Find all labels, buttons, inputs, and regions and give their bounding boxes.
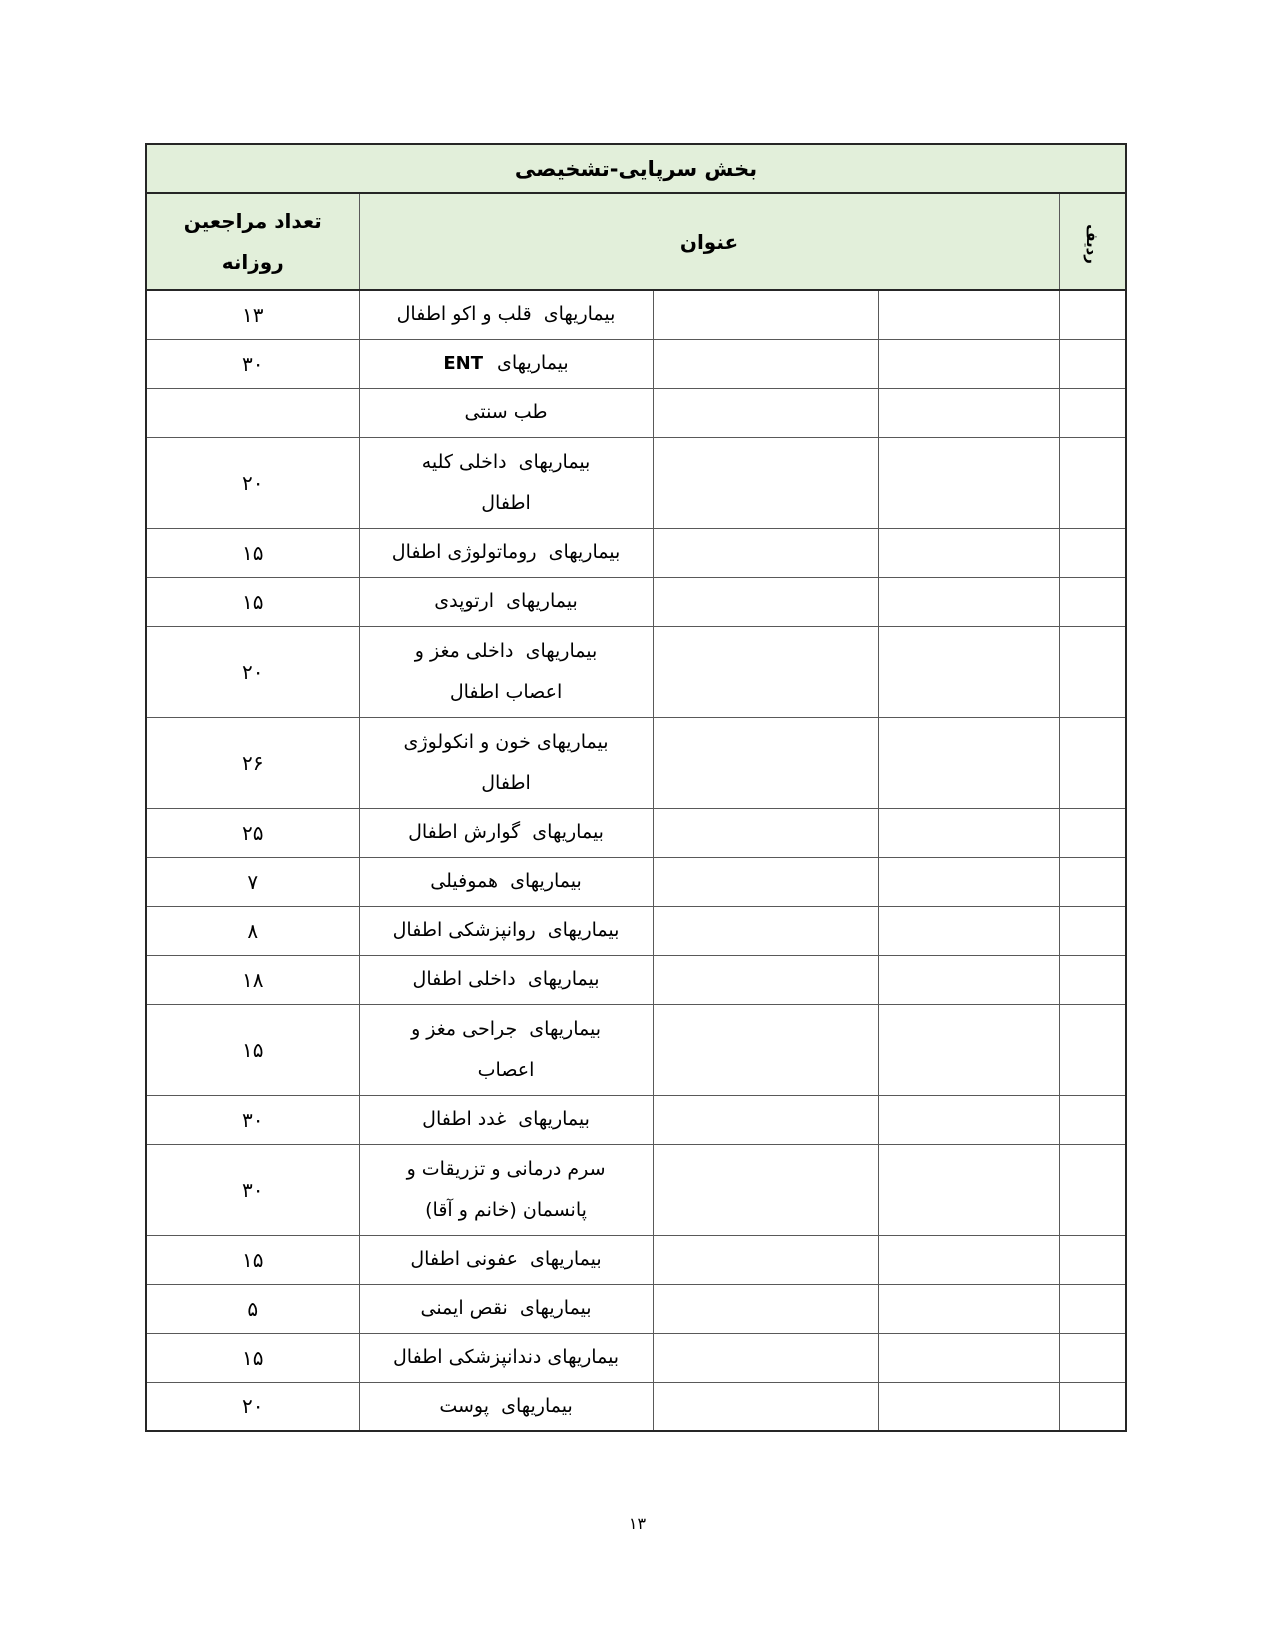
empty-cell bbox=[878, 1235, 1059, 1284]
row-index-cell bbox=[1059, 717, 1126, 808]
table-row: بیماریهای روماتولوژی اطفال۱۵ bbox=[146, 528, 1126, 577]
count-cell: ۱۸ bbox=[146, 955, 359, 1004]
table-title-row: بخش سرپایی-تشخیصی bbox=[146, 144, 1126, 193]
count-header: تعداد مراجعین روزانه bbox=[146, 193, 359, 290]
row-index-cell bbox=[1059, 1382, 1126, 1431]
count-cell bbox=[146, 388, 359, 437]
empty-cell bbox=[878, 1095, 1059, 1144]
row-index-cell bbox=[1059, 955, 1126, 1004]
table-row: بیماریهای گوارش اطفال۲۵ bbox=[146, 808, 1126, 857]
table-row: بیماریهای دندانپزشکی اطفال۱۵ bbox=[146, 1333, 1126, 1382]
count-cell: ۳۰ bbox=[146, 1144, 359, 1235]
count-cell: ۲۰ bbox=[146, 626, 359, 717]
empty-cell bbox=[878, 808, 1059, 857]
count-cell: ۱۵ bbox=[146, 528, 359, 577]
count-cell: ۱۳ bbox=[146, 290, 359, 339]
empty-cell bbox=[878, 857, 1059, 906]
row-index-cell bbox=[1059, 808, 1126, 857]
title-cell: بیماریهای قلب و اکو اطفال bbox=[359, 290, 653, 339]
table-body: بیماریهای قلب و اکو اطفال۱۳بیماریهای ENT… bbox=[146, 290, 1126, 1431]
table-row: بیماریهای پوست۲۰ bbox=[146, 1382, 1126, 1431]
title-text: طب سنتی bbox=[465, 401, 548, 423]
empty-cell bbox=[878, 388, 1059, 437]
empty-cell bbox=[653, 528, 878, 577]
empty-cell bbox=[653, 437, 878, 528]
title-cell: بیماریهای ارتوپدی bbox=[359, 577, 653, 626]
empty-cell bbox=[653, 388, 878, 437]
empty-cell bbox=[878, 717, 1059, 808]
empty-cell bbox=[653, 1382, 878, 1431]
title-text: بیماریهای جراحی مغز و اعصاب bbox=[411, 1018, 601, 1081]
table-row: بیماریهای روانپزشکی اطفال۸ bbox=[146, 906, 1126, 955]
title-text: بیماریهای هموفیلی bbox=[430, 870, 582, 892]
table-row: بیماریهای ENT۳۰ bbox=[146, 339, 1126, 388]
document-page: بخش سرپایی-تشخیصی ردیف عنوان تعداد مراجع… bbox=[0, 0, 1275, 1650]
title-text: بیماریهای نقص ایمنی bbox=[420, 1297, 591, 1319]
table-row: بیماریهای جراحی مغز و اعصاب۱۵ bbox=[146, 1004, 1126, 1095]
title-cell: بیماریهای داخلی مغز و اعصاب اطفال bbox=[359, 626, 653, 717]
title-text: بیماریهای غدد اطفال bbox=[422, 1108, 590, 1130]
count-cell: ۱۵ bbox=[146, 577, 359, 626]
title-text: بیماریهای ارتوپدی bbox=[434, 590, 577, 612]
title-cell: بیماریهای روانپزشکی اطفال bbox=[359, 906, 653, 955]
row-index-cell bbox=[1059, 1144, 1126, 1235]
empty-cell bbox=[653, 290, 878, 339]
title-cell: سرم درمانی و تزریقات و پانسمان (خانم و آ… bbox=[359, 1144, 653, 1235]
title-text: بیماریهای گوارش اطفال bbox=[408, 821, 604, 843]
page-number: ۱۳ bbox=[0, 1514, 1275, 1533]
title-text: بیماریهای عفونی اطفال bbox=[410, 1248, 601, 1270]
empty-cell bbox=[653, 808, 878, 857]
title-text: بیماریهای bbox=[491, 352, 569, 374]
empty-cell bbox=[653, 626, 878, 717]
table-header-row: ردیف عنوان تعداد مراجعین روزانه bbox=[146, 193, 1126, 290]
empty-cell bbox=[653, 857, 878, 906]
title-cell: بیماریهای گوارش اطفال bbox=[359, 808, 653, 857]
title-text: بیماریهای داخلی کلیه اطفال bbox=[422, 451, 591, 514]
table-row: بیماریهای عفونی اطفال۱۵ bbox=[146, 1235, 1126, 1284]
title-text: بیماریهای روانپزشکی اطفال bbox=[393, 919, 620, 941]
count-cell: ۲۰ bbox=[146, 1382, 359, 1431]
title-latin-text: ENT bbox=[443, 353, 483, 374]
title-text: بیماریهای روماتولوژی اطفال bbox=[392, 541, 620, 563]
title-cell: بیماریهای دندانپزشکی اطفال bbox=[359, 1333, 653, 1382]
row-index-cell bbox=[1059, 528, 1126, 577]
table-row: بیماریهای نقص ایمنی۵ bbox=[146, 1284, 1126, 1333]
title-header: عنوان bbox=[359, 193, 1059, 290]
title-text: بیماریهای دندانپزشکی اطفال bbox=[393, 1346, 619, 1368]
count-cell: ۲۰ bbox=[146, 437, 359, 528]
row-index-cell bbox=[1059, 577, 1126, 626]
empty-cell bbox=[653, 1284, 878, 1333]
empty-cell bbox=[878, 906, 1059, 955]
row-index-cell bbox=[1059, 1284, 1126, 1333]
title-text: بیماریهای خون و انکولوژی اطفال bbox=[404, 731, 609, 794]
table-row: طب سنتی bbox=[146, 388, 1126, 437]
row-index-header: ردیف bbox=[1059, 193, 1126, 290]
row-index-cell bbox=[1059, 1235, 1126, 1284]
title-text: بیماریهای داخلی اطفال bbox=[413, 968, 600, 990]
row-index-cell bbox=[1059, 388, 1126, 437]
count-cell: ۸ bbox=[146, 906, 359, 955]
empty-cell bbox=[653, 906, 878, 955]
title-cell: بیماریهای روماتولوژی اطفال bbox=[359, 528, 653, 577]
empty-cell bbox=[878, 577, 1059, 626]
empty-cell bbox=[878, 339, 1059, 388]
empty-cell bbox=[878, 1333, 1059, 1382]
title-cell: بیماریهای غدد اطفال bbox=[359, 1095, 653, 1144]
empty-cell bbox=[878, 1382, 1059, 1431]
row-index-cell bbox=[1059, 290, 1126, 339]
title-text: بیماریهای قلب و اکو اطفال bbox=[397, 303, 616, 325]
empty-cell bbox=[878, 955, 1059, 1004]
outpatient-diagnostic-table: بخش سرپایی-تشخیصی ردیف عنوان تعداد مراجع… bbox=[145, 143, 1127, 1432]
title-cell: بیماریهای هموفیلی bbox=[359, 857, 653, 906]
row-index-cell bbox=[1059, 339, 1126, 388]
title-text: بیماریهای پوست bbox=[439, 1395, 572, 1417]
title-cell: بیماریهای نقص ایمنی bbox=[359, 1284, 653, 1333]
title-cell: بیماریهای ENT bbox=[359, 339, 653, 388]
row-index-cell bbox=[1059, 857, 1126, 906]
empty-cell bbox=[878, 1004, 1059, 1095]
title-cell: طب سنتی bbox=[359, 388, 653, 437]
title-cell: بیماریهای خون و انکولوژی اطفال bbox=[359, 717, 653, 808]
title-cell: بیماریهای عفونی اطفال bbox=[359, 1235, 653, 1284]
count-cell: ۱۵ bbox=[146, 1333, 359, 1382]
count-cell: ۲۶ bbox=[146, 717, 359, 808]
empty-cell bbox=[653, 1144, 878, 1235]
empty-cell bbox=[653, 577, 878, 626]
table-row: سرم درمانی و تزریقات و پانسمان (خانم و آ… bbox=[146, 1144, 1126, 1235]
empty-cell bbox=[878, 528, 1059, 577]
row-index-cell bbox=[1059, 626, 1126, 717]
table-row: بیماریهای داخلی کلیه اطفال۲۰ bbox=[146, 437, 1126, 528]
title-cell: بیماریهای پوست bbox=[359, 1382, 653, 1431]
count-cell: ۵ bbox=[146, 1284, 359, 1333]
row-index-cell bbox=[1059, 1004, 1126, 1095]
empty-cell bbox=[653, 717, 878, 808]
row-index-cell bbox=[1059, 906, 1126, 955]
table-row: بیماریهای هموفیلی۷ bbox=[146, 857, 1126, 906]
row-index-cell bbox=[1059, 437, 1126, 528]
title-text: سرم درمانی و تزریقات و پانسمان (خانم و آ… bbox=[407, 1158, 606, 1221]
empty-cell bbox=[653, 1004, 878, 1095]
empty-cell bbox=[878, 1284, 1059, 1333]
empty-cell bbox=[653, 1235, 878, 1284]
count-cell: ۳۰ bbox=[146, 1095, 359, 1144]
count-cell: ۳۰ bbox=[146, 339, 359, 388]
count-cell: ۷ bbox=[146, 857, 359, 906]
empty-cell bbox=[878, 626, 1059, 717]
title-text: بیماریهای داخلی مغز و اعصاب اطفال bbox=[415, 640, 597, 703]
empty-cell bbox=[653, 339, 878, 388]
table-row: بیماریهای داخلی مغز و اعصاب اطفال۲۰ bbox=[146, 626, 1126, 717]
title-cell: بیماریهای جراحی مغز و اعصاب bbox=[359, 1004, 653, 1095]
table-row: بیماریهای داخلی اطفال۱۸ bbox=[146, 955, 1126, 1004]
row-index-cell bbox=[1059, 1095, 1126, 1144]
empty-cell bbox=[653, 1333, 878, 1382]
empty-cell bbox=[878, 437, 1059, 528]
title-cell: بیماریهای داخلی اطفال bbox=[359, 955, 653, 1004]
table-title: بخش سرپایی-تشخیصی bbox=[146, 144, 1126, 193]
title-cell: بیماریهای داخلی کلیه اطفال bbox=[359, 437, 653, 528]
empty-cell bbox=[653, 1095, 878, 1144]
empty-cell bbox=[878, 290, 1059, 339]
row-index-cell bbox=[1059, 1333, 1126, 1382]
row-index-header-label: ردیف bbox=[1083, 224, 1101, 264]
table-row: بیماریهای غدد اطفال۳۰ bbox=[146, 1095, 1126, 1144]
empty-cell bbox=[653, 955, 878, 1004]
count-cell: ۲۵ bbox=[146, 808, 359, 857]
table-row: بیماریهای خون و انکولوژی اطفال۲۶ bbox=[146, 717, 1126, 808]
table-row: بیماریهای قلب و اکو اطفال۱۳ bbox=[146, 290, 1126, 339]
count-cell: ۱۵ bbox=[146, 1235, 359, 1284]
count-cell: ۱۵ bbox=[146, 1004, 359, 1095]
empty-cell bbox=[878, 1144, 1059, 1235]
table-row: بیماریهای ارتوپدی۱۵ bbox=[146, 577, 1126, 626]
